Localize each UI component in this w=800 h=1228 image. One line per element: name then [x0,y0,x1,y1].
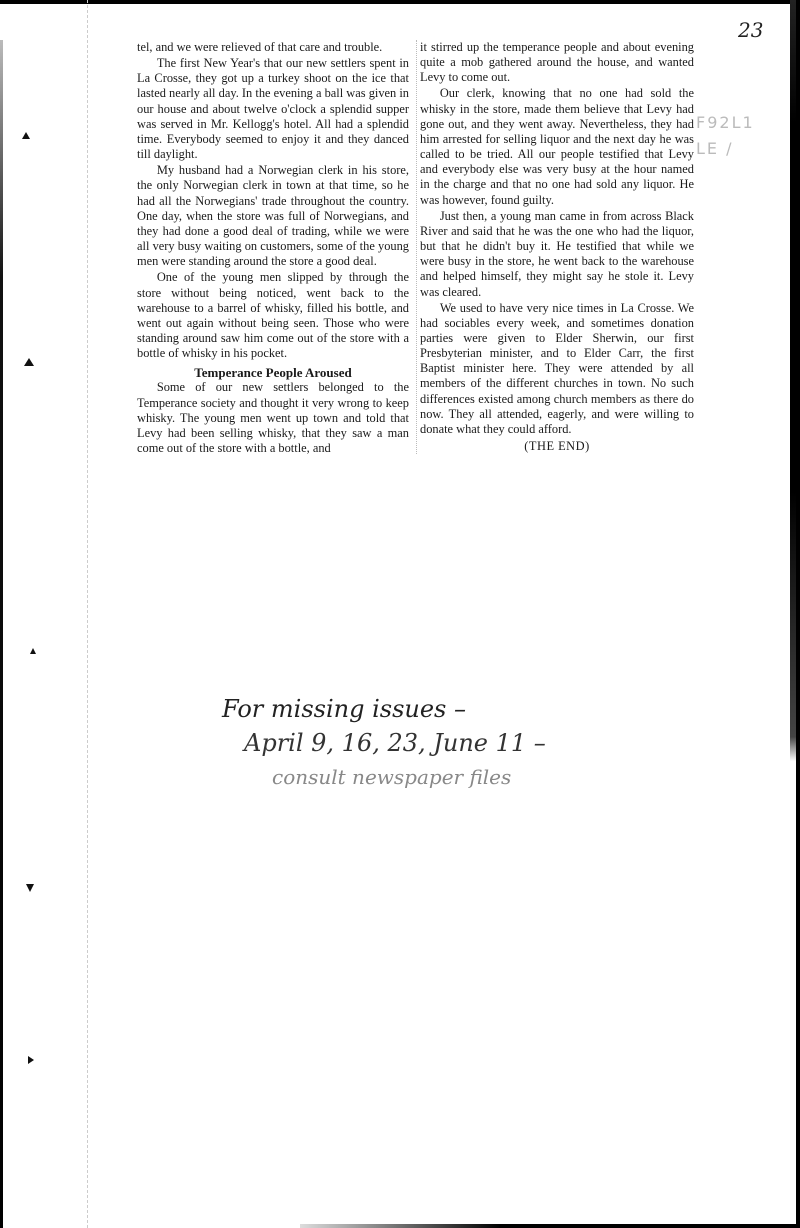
scan-edge-right-strip [796,0,800,1228]
paragraph: Some of our new settlers belonged to the… [137,380,409,456]
paragraph: The first New Year's that our new settle… [137,56,409,162]
binding-hole-mark [24,358,34,366]
handwritten-note: For missing issues – April 9, 16, 23, Ju… [222,695,652,775]
article-column-left: tel, and we were relieved of that care a… [137,40,409,456]
binding-hole-mark [22,132,30,139]
article-column-right: it stirred up the temperance people and … [416,40,694,454]
binding-hole-mark [28,1056,34,1064]
margin-pencil-note: F92L1 LE / [696,110,776,162]
scan-edge-left [0,40,3,1228]
handwritten-line: April 9, 16, 23, June 11 – [244,729,674,757]
paragraph: Our clerk, knowing that no one had sold … [420,86,694,207]
paragraph: My husband had a Norwegian clerk in his … [137,163,409,269]
binding-gutter-line [87,0,88,1228]
paragraph: We used to have very nice times in La Cr… [420,301,694,437]
handwritten-line: For missing issues – [222,695,652,723]
paragraph: One of the young men slipped by through … [137,270,409,361]
end-marker: (THE END) [420,439,694,454]
binding-hole-mark [30,648,36,654]
paragraph: Just then, a young man came in from acro… [420,209,694,300]
handwritten-line: consult newspaper files [272,765,702,789]
paragraph: tel, and we were relieved of that care a… [137,40,409,55]
binding-hole-mark [26,884,34,892]
section-heading: Temperance People Aroused [137,365,409,380]
scan-edge-bottom [300,1224,800,1228]
page-number: 23 [738,18,763,42]
scan-edge-top [0,0,800,4]
paragraph: it stirred up the temperance people and … [420,40,694,85]
